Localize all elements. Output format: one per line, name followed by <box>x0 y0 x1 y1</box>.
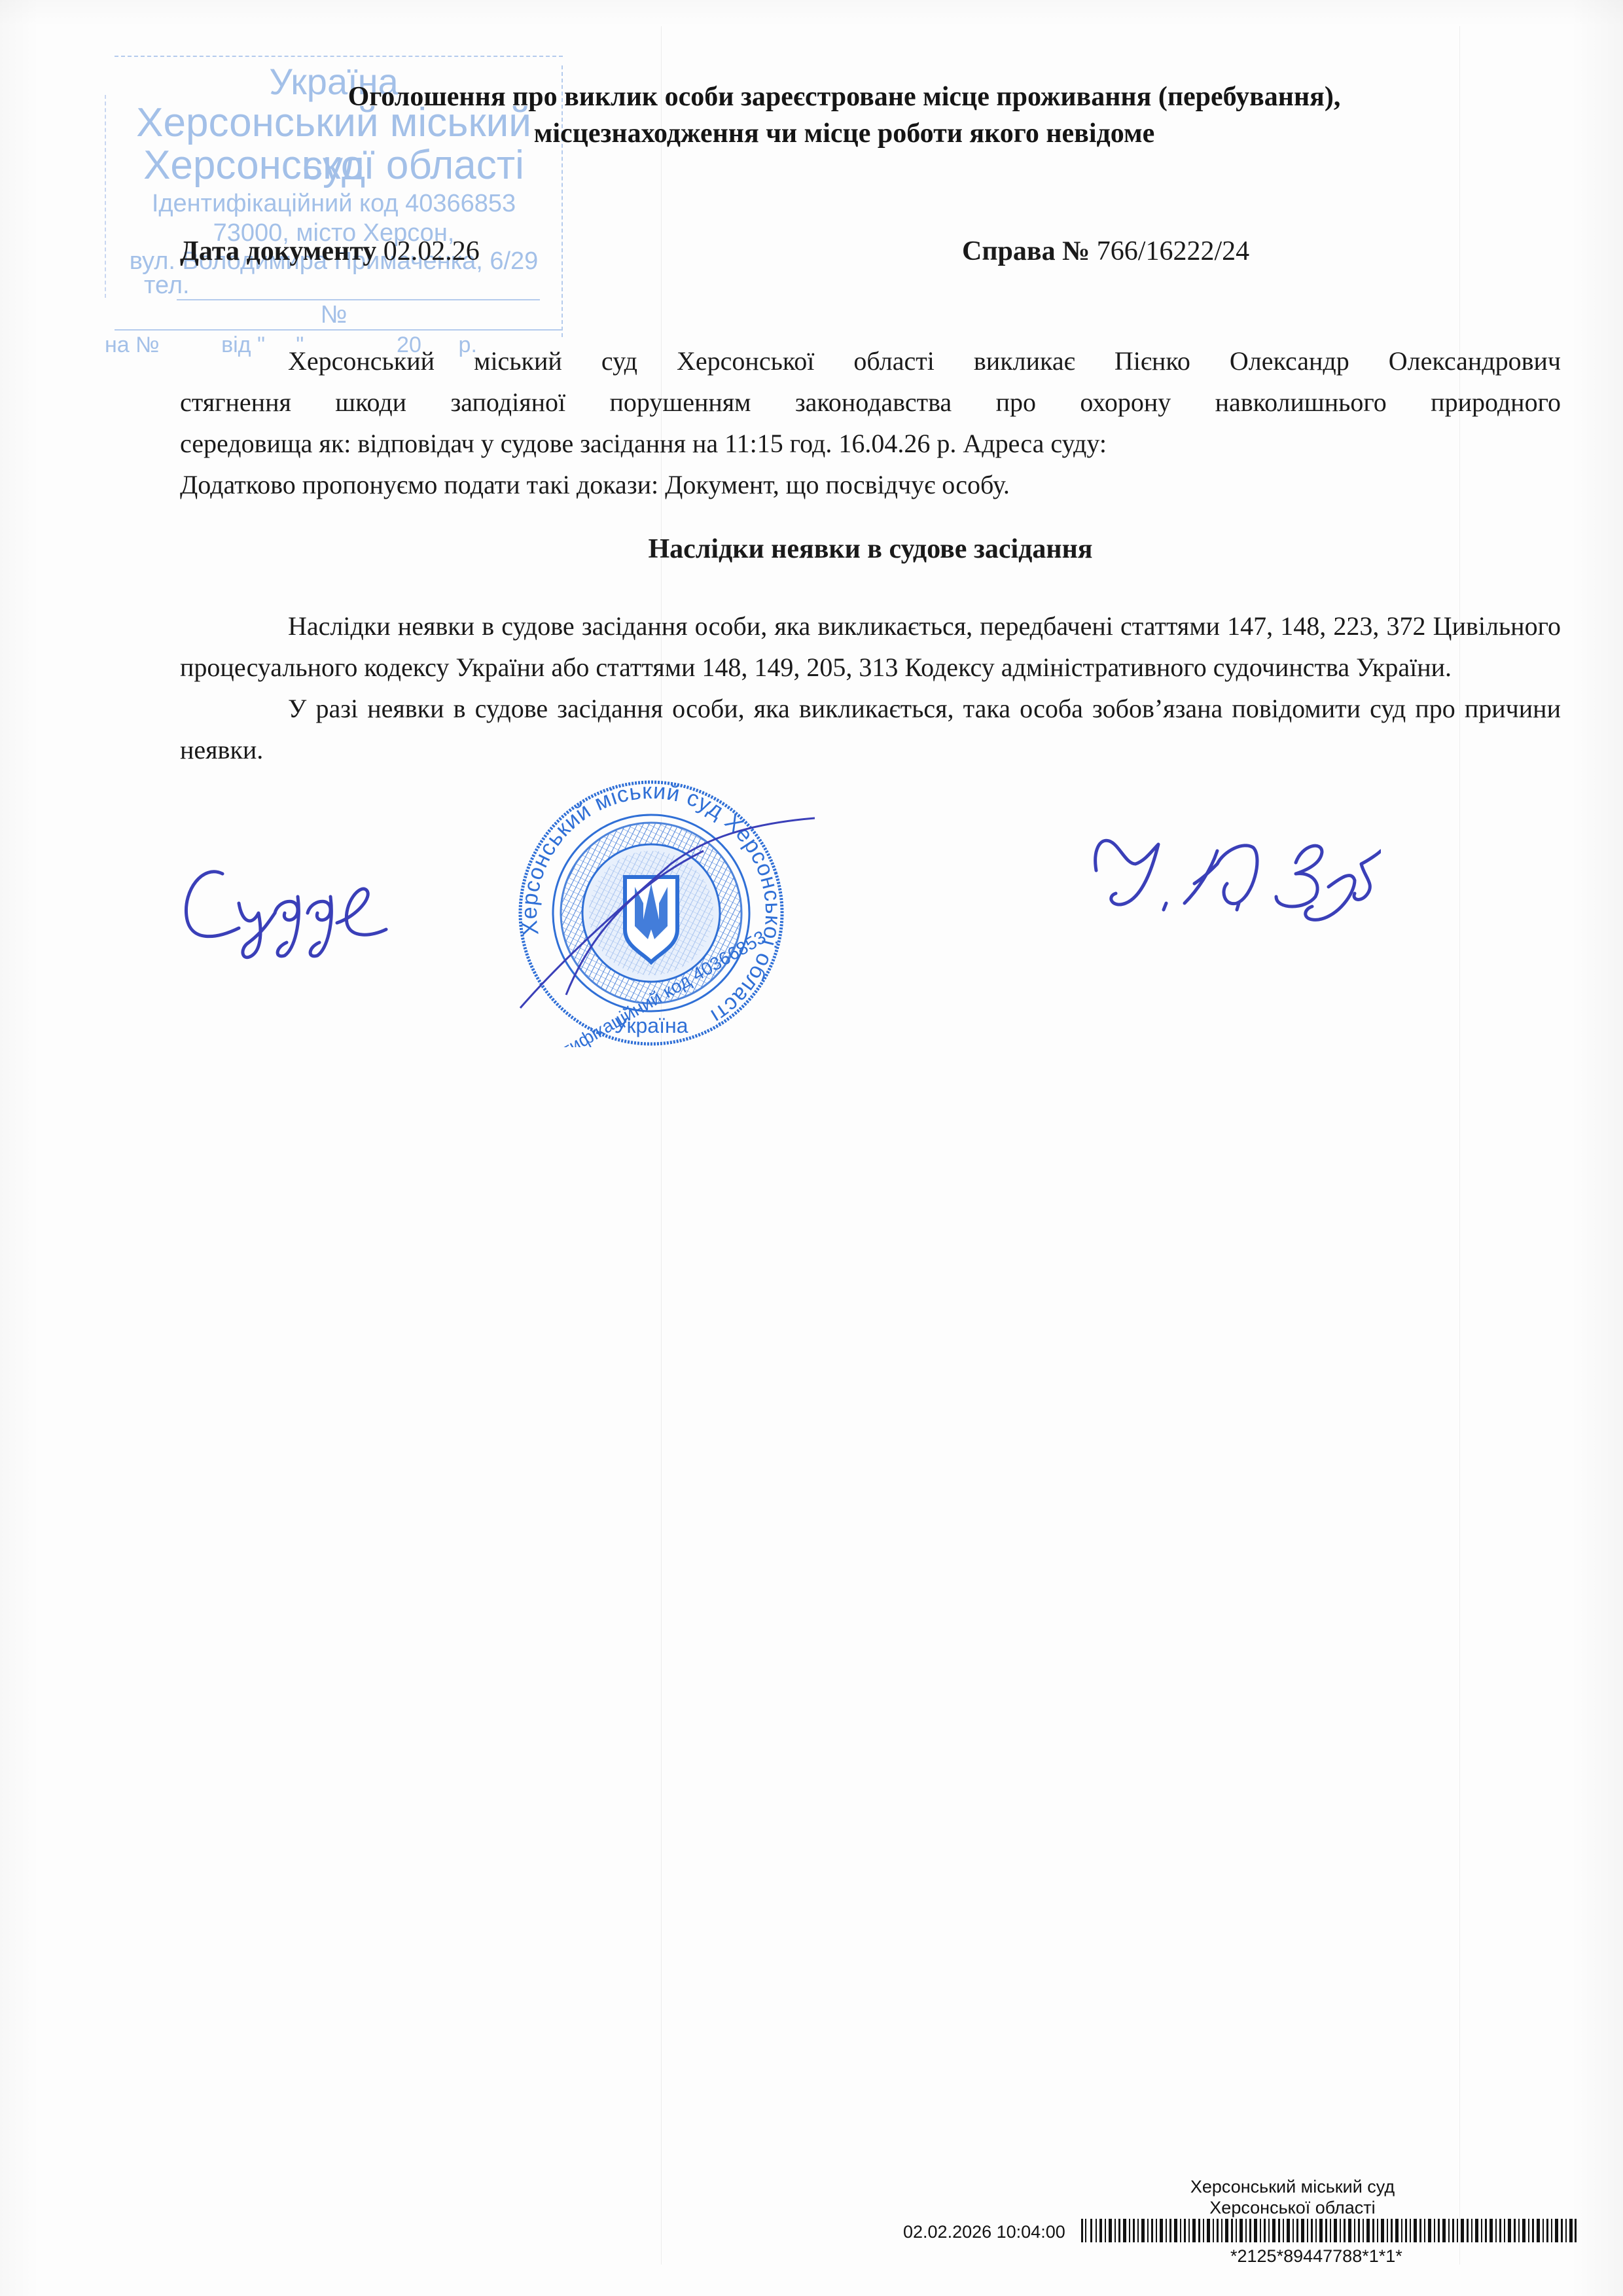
title-line-2: місцезнаходження чи місце роботи якого н… <box>196 115 1492 152</box>
summons-line: Додатково пропонуємо подати такі докази:… <box>180 464 1561 505</box>
signature-right: Т.Ю.Зуб <box>1080 812 1381 923</box>
official-round-seal: Херсонський міський суд Херсонської обла… <box>488 772 815 1047</box>
signature-left: Судде <box>177 851 399 962</box>
case-number: Справа № 766/16222/24 <box>962 236 1249 267</box>
date-value: 02.02.26 <box>383 236 480 266</box>
summons-line: стягнення шкоди заподіяної порушенням за… <box>180 382 1561 423</box>
title-line-1: Оголошення про виклик особи зареєстрован… <box>196 79 1492 115</box>
stamp-id-code: Ідентифікаційний код 40366853 <box>105 190 563 217</box>
footer-timestamp: 02.02.2026 10:04:00 <box>903 2222 1065 2242</box>
consequences-paragraph: У разі неявки в судове засідання особи, … <box>180 688 1561 770</box>
barcode-number: *2125*89447788*1*1* <box>1230 2246 1402 2267</box>
consequences-text: Наслідки неявки в судове засідання особи… <box>180 605 1561 770</box>
stamp-border <box>115 56 563 57</box>
section-heading: Наслідки неявки в судове засідання <box>180 533 1561 565</box>
summons-line: Херсонський міський суд Херсонської обла… <box>180 340 1561 382</box>
barcode-icon <box>1081 2219 1577 2242</box>
summons-paragraph: Херсонський міський суд Херсонської обла… <box>180 340 1561 505</box>
summons-line: середовища як: відповідач у судове засід… <box>180 423 1561 464</box>
case-value: 766/16222/24 <box>1097 236 1249 266</box>
stamp-phone-label: тел. <box>144 272 190 299</box>
date-label: Дата документу <box>180 236 376 266</box>
footer-court-line2: Херсонської області <box>1145 2197 1440 2218</box>
document-title: Оголошення про виклик особи зареєстрован… <box>196 79 1492 152</box>
stamp-rule <box>115 329 563 331</box>
case-label: Справа № <box>962 236 1090 266</box>
stamp-number-label: № <box>105 301 563 329</box>
document-date: Дата документу 02.02.26 <box>180 236 480 267</box>
footer-court-line1: Херсонський міський суд <box>1145 2176 1440 2197</box>
stamp-rule <box>177 299 540 300</box>
footer-court-name: Херсонський міський суд Херсонської обла… <box>1145 2176 1440 2218</box>
consequences-paragraph: Наслідки неявки в судове засідання особи… <box>180 605 1561 688</box>
